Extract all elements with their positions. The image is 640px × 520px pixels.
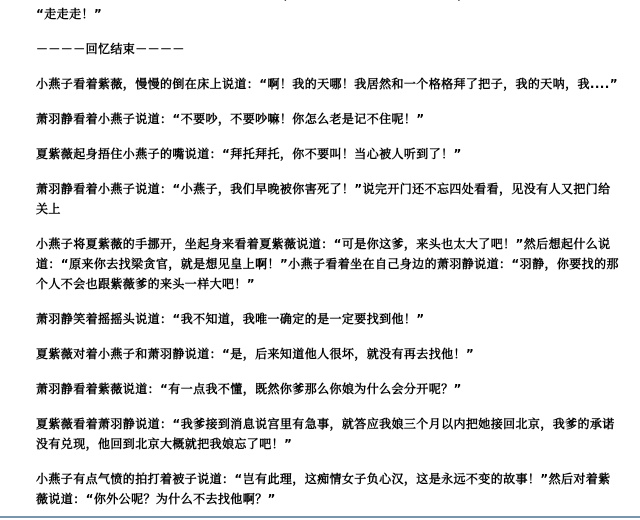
paragraph-dialogue: 小燕子有点气愤的拍打着被子说道：“岂有此理，这痴情女子负心汉，这是永远不变的故事…	[36, 469, 622, 509]
paragraph-dialogue: 萧羽静看着紫薇说道：“有一点我不懂，既然你爹那么你娘为什么会分开呢？”	[36, 379, 622, 399]
paragraph-dialogue: 萧羽静笑着摇摇头说道：“我不知道，我唯一确定的是一定要找到他！”	[36, 309, 622, 329]
paragraph-dialogue: 夏紫薇起身捂住小燕子的嘴说道：“拜托拜托，你不要叫！当心被人听到了！”	[36, 144, 622, 164]
paragraph-dialogue: 夏紫薇看着萧羽静说道：“我爹接到消息说宫里有急事，就答应我娘三个月以内把她接回北…	[36, 414, 622, 454]
paragraph-dialogue: 萧羽静看着小燕子说道：“不要吵，不要吵嘛！你怎么老是记不住呢！”	[36, 109, 622, 129]
paragraph-dialogue: 萧羽静看着小燕子说道：“小燕子，我们早晚被你害死了！”说完开门还不忘四处看看，见…	[36, 179, 622, 219]
paragraph-memory-end-separator: －－－－回忆结束－－－－	[36, 39, 622, 59]
paragraph-dialogue: 小燕子看着紫薇，慢慢的倒在床上说道：“啊！我的天哪！我居然和一个格格拜了把子，我…	[36, 74, 622, 94]
clipped-top-line: 小燕子一边说着一边拉着紫薇和羽静往外走去，三人收拾好东西便离开了房间，小燕子回头…	[36, 0, 622, 4]
paragraph-dialogue: 夏紫薇对着小燕子和萧羽静说道：“是，后来知道他人很坏，就没有再去找他！”	[36, 344, 622, 364]
bottom-divider	[0, 516, 640, 518]
clipped-top-line-text: 小燕子一边说着一边拉着紫薇和羽静往外走去，三人收拾好东西便离开了房间，小燕子回头…	[36, 0, 622, 4]
paragraph-dialogue: “走走走！”	[36, 4, 622, 24]
paragraph-dialogue: 小燕子将夏紫薇的手挪开，坐起身来看着夏紫薇说道：“可是你这爹，来头也太大了吧！”…	[36, 234, 622, 294]
story-text: 小燕子一边说着一边拉着紫薇和羽静往外走去，三人收拾好东西便离开了房间，小燕子回头…	[0, 0, 640, 509]
document-page: { "page": { "background": "#ffffff", "di…	[0, 0, 640, 520]
